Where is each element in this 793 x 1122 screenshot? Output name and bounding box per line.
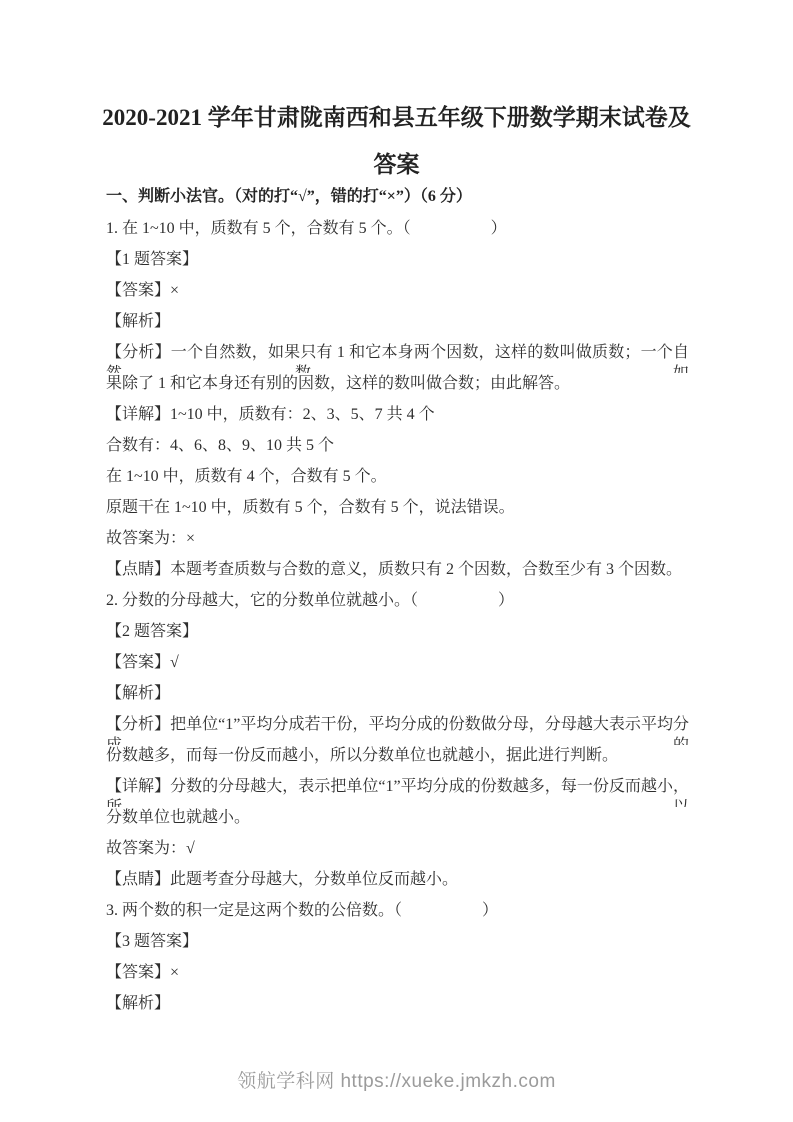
question-3-line: 3. 两个数的积一定是这两个数的公倍数。（ ） bbox=[106, 900, 689, 931]
section-heading: 一、判断小法官。（对的打“√”，错的打“×”）（6 分） bbox=[106, 183, 472, 206]
analysis-1-text-line: 果除了 1 和它本身还有别的因数，这样的数叫做合数；由此解答。 bbox=[106, 373, 689, 404]
detail-2-text-line: 【详解】分数的分母越大，表示把单位“1”平均分成的份数越多，每一份反而越小，所以 bbox=[106, 776, 689, 807]
question-1-line: 1. 在 1~10 中，质数有 5 个，合数有 5 个。（ ） bbox=[106, 218, 689, 249]
tip-1-line: 【点睛】本题考查质数与合数的意义，质数只有 2 个因数，合数至少有 3 个因数。 bbox=[106, 559, 689, 590]
answer-2-header-line: 【2 题答案】 bbox=[106, 621, 689, 652]
answer-3-value-line: 【答案】× bbox=[106, 962, 689, 993]
document-title: 2020-2021 学年甘肃陇南西和县五年级下册数学期末试卷及 答案 bbox=[40, 94, 753, 188]
analysis-2-header-line: 【解析】 bbox=[106, 683, 689, 714]
analysis-1-header-line: 【解析】 bbox=[106, 311, 689, 342]
analysis-3-header-line: 【解析】 bbox=[106, 993, 689, 1024]
answer-1-header-line: 【1 题答案】 bbox=[106, 249, 689, 280]
title-line-2: 答案 bbox=[40, 141, 753, 188]
document-body: 1. 在 1~10 中，质数有 5 个，合数有 5 个。（ ） 【1 题答案】 … bbox=[106, 218, 689, 1024]
title-line-1: 2020-2021 学年甘肃陇南西和县五年级下册数学期末试卷及 bbox=[40, 94, 753, 141]
analysis-1-text-line: 【分析】一个自然数，如果只有 1 和它本身两个因数，这样的数叫做质数；一个自然数… bbox=[106, 342, 689, 373]
conclusion-1-line: 故答案为：× bbox=[106, 528, 689, 559]
detail-1-text-line: 【详解】1~10 中，质数有：2、3、5、7 共 4 个 bbox=[106, 404, 689, 435]
answer-1-value-line: 【答案】× bbox=[106, 280, 689, 311]
watermark-text: 领航学科网 https://xueke.jmkzh.com bbox=[0, 1066, 793, 1093]
analysis-2-text-line: 份数越多，而每一份反而越小，所以分数单位也就越小，据此进行判断。 bbox=[106, 745, 689, 776]
detail-2-text-line: 分数单位也就越小。 bbox=[106, 807, 689, 838]
document-page: 2020-2021 学年甘肃陇南西和县五年级下册数学期末试卷及 答案 一、判断小… bbox=[0, 0, 793, 1122]
analysis-2-text-line: 【分析】把单位“1”平均分成若干份，平均分成的份数做分母，分母越大表示平均分成的 bbox=[106, 714, 689, 745]
answer-2-value-line: 【答案】√ bbox=[106, 652, 689, 683]
conclusion-2-line: 故答案为：√ bbox=[106, 838, 689, 869]
detail-1-text-line: 原题干在 1~10 中，质数有 5 个，合数有 5 个，说法错误。 bbox=[106, 497, 689, 528]
question-2-line: 2. 分数的分母越大，它的分数单位就越小。（ ） bbox=[106, 590, 689, 621]
detail-1-text-line: 合数有：4、6、8、9、10 共 5 个 bbox=[106, 435, 689, 466]
answer-3-header-line: 【3 题答案】 bbox=[106, 931, 689, 962]
tip-2-line: 【点睛】此题考查分母越大，分数单位反而越小。 bbox=[106, 869, 689, 900]
detail-1-text-line: 在 1~10 中，质数有 4 个，合数有 5 个。 bbox=[106, 466, 689, 497]
